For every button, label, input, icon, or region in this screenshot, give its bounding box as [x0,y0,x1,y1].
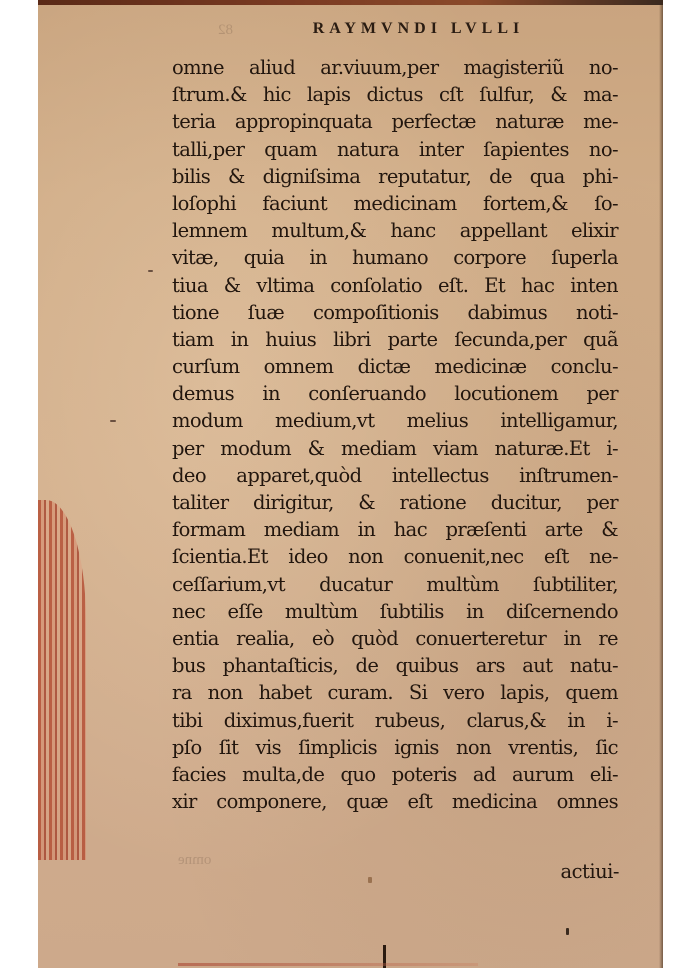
text-line: modum medium,vt melius intelligamur, [172,407,618,434]
text-line: bilis & digniſsima reputatur, de qua phi… [172,163,618,190]
text-line: facies multa,de quo poteris ad aurum eli… [172,761,618,788]
bottom-page-edge [178,963,478,966]
text-line: ſcientia.Et ideo non conuenit,nec eſt ne… [172,543,618,570]
text-line: pſo ſit vis ſimplicis ignis non vrentis,… [172,734,618,761]
red-edge-stain [38,500,86,860]
text-line: demus in conſeruando locutionem per [172,380,618,407]
text-line: xir componere, quæ eſt medicina omnes [172,788,618,815]
text-line: bus phantaſticis, de quibus ars aut natu… [172,652,618,679]
text-line: tibi diximus,fuerit rubeus, clarus,& in … [172,707,618,734]
text-line: deo apparet,quòd intellectus inſtrumen- [172,462,618,489]
text-line: nec eſſe multùm ſubtilis in diſcernendo [172,598,618,625]
right-page-edge [659,0,663,968]
running-header-text: RAYMVNDI LVLLI [177,20,525,37]
catchword: actiui- [560,860,619,883]
text-line: loſophi faciunt medicinam fortem,& ſo- [172,190,618,217]
top-binding-edge [38,0,663,5]
text-line: lemnem multum,& hanc appellant elixir [172,217,618,244]
text-line: vitæ, quia in humano corpore ſuperla [172,244,618,271]
text-line: formam mediam in hac præſenti arte & [172,516,618,543]
book-page: 82 omne RAYMVNDI LVLLI omne aliud ar.viu… [38,0,663,968]
bleed-through-fragment: omne [178,852,211,869]
text-line: ſtrum.& hic lapis dictus cſt ſulfur, & m… [172,81,618,108]
text-line: omne aliud ar.viuum,per magisteriũ no- [172,54,618,81]
text-line: entia realia, eò quòd conuerteretur in r… [172,625,618,652]
text-line: per modum & mediam viam naturæ.Et i- [172,435,618,462]
paper-fiber [110,420,116,422]
text-line: talli,per quam natura inter ſapientes no… [172,136,618,163]
scan-viewport: 82 omne RAYMVNDI LVLLI omne aliud ar.viu… [0,0,690,976]
text-line: tiua & vltima conſolatio eſt. Et hac int… [172,272,618,299]
running-header: RAYMVNDI LVLLI [38,20,663,38]
ink-speck [566,928,569,935]
text-line: curſum omnem dictæ medicinæ conclu- [172,353,618,380]
text-line: tiam in huius libri parte ſecunda,per qu… [172,326,618,353]
foxing-spot [368,877,372,883]
text-line: ceſſarium,vt ducatur multùm ſubtiliter, [172,571,618,598]
text-line: tione ſuæ compoſitionis dabimus noti- [172,299,618,326]
body-text: omne aliud ar.viuum,per magisteriũ no- ſ… [172,54,618,815]
text-line: taliter dirigitur, & ratione ducitur, pe… [172,489,618,516]
text-line: ra non habet curam. Si vero lapis, quem [172,679,618,706]
paper-fiber [148,270,153,272]
text-line: teria appropinquata perfectæ naturæ me- [172,108,618,135]
